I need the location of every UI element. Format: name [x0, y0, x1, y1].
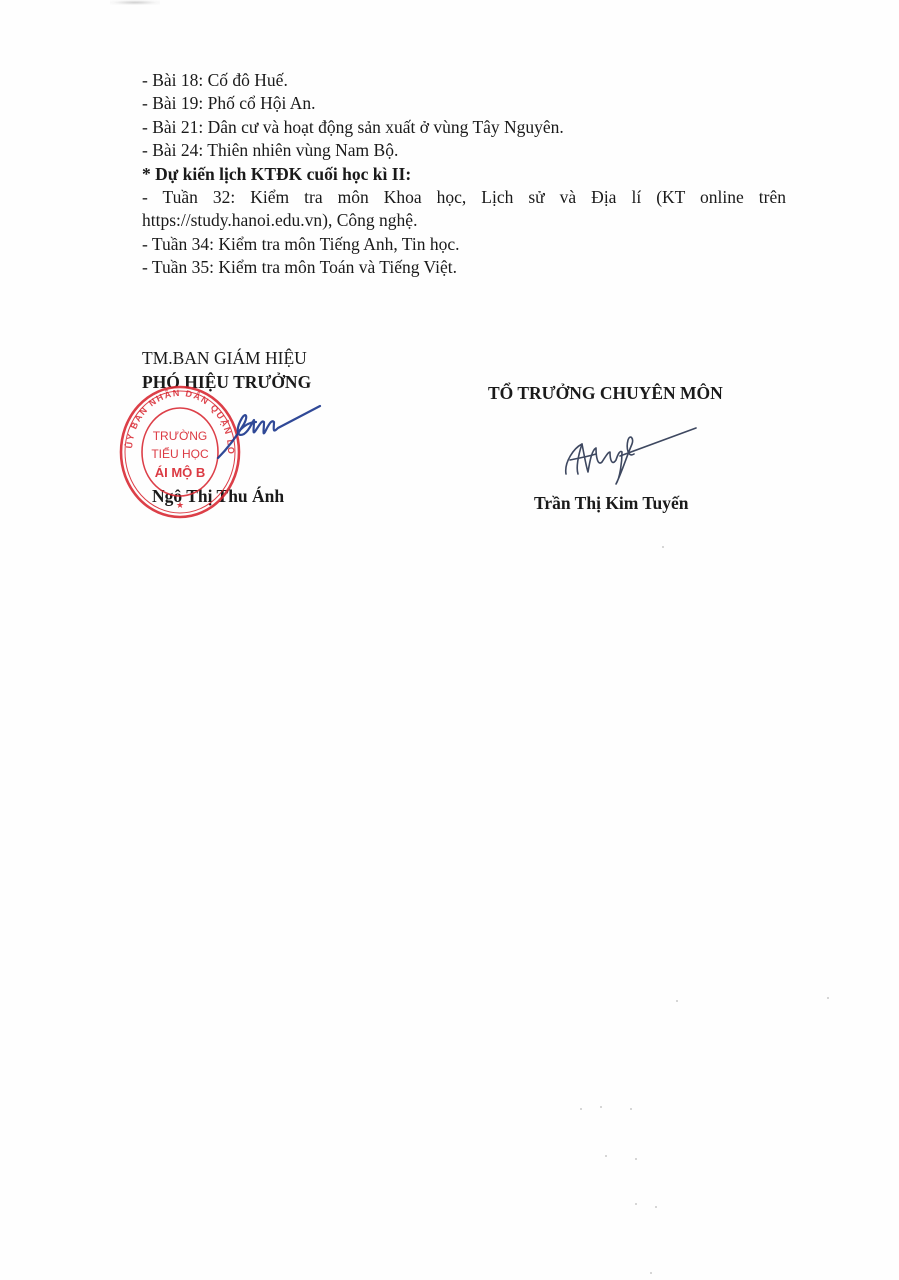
schedule-line: - Tuần 32: Kiểm tra môn Khoa học, Lịch s…	[142, 186, 786, 209]
signature-right-icon	[560, 418, 700, 488]
stamp-line: TIỂU HỌC	[151, 446, 209, 461]
scan-speck	[655, 1206, 657, 1208]
svg-text:★: ★	[176, 500, 184, 510]
document-page: - Bài 18: Cố đô Huế. - Bài 19: Phố cổ Hộ…	[0, 0, 899, 1280]
lesson-line: - Bài 21: Dân cư và hoạt động sản xuất ở…	[142, 116, 786, 139]
scan-speck	[650, 1272, 652, 1274]
signer-organization: TM.BAN GIÁM HIỆU	[142, 346, 382, 370]
scan-speck	[676, 1000, 678, 1002]
schedule-heading: * Dự kiến lịch KTĐK cuối học kì II:	[142, 163, 786, 186]
schedule-line: - Tuần 35: Kiểm tra môn Toán và Tiếng Vi…	[142, 256, 786, 279]
scan-speck	[635, 1158, 637, 1160]
lesson-line: - Bài 18: Cố đô Huế.	[142, 69, 786, 92]
stamp-line: ÁI MỘ B	[155, 465, 206, 480]
scan-speck	[600, 1106, 602, 1108]
scan-speck	[827, 997, 829, 999]
signature-left-icon	[210, 400, 330, 470]
scan-speck	[630, 1108, 632, 1110]
signer-name: Trần Thị Kim Tuyến	[534, 491, 688, 515]
scan-speck	[662, 546, 664, 548]
scan-speck	[580, 1108, 582, 1110]
signer-title: TỔ TRƯỞNG CHUYÊN MÔN	[488, 381, 768, 405]
scan-artifact	[110, 0, 160, 5]
stamp-line: TRƯỜNG	[153, 428, 208, 443]
schedule-line: https://study.hanoi.edu.vn), Công nghệ.	[142, 209, 786, 232]
schedule-line: - Tuần 34: Kiểm tra môn Tiếng Anh, Tin h…	[142, 233, 786, 256]
lesson-line: - Bài 24: Thiên nhiên vùng Nam Bộ.	[142, 139, 786, 162]
scan-speck	[635, 1203, 637, 1205]
signature-block-right: TỔ TRƯỞNG CHUYÊN MÔN Trần Thị Kim Tuyến	[488, 381, 768, 405]
document-body: - Bài 18: Cố đô Huế. - Bài 19: Phố cổ Hộ…	[142, 69, 786, 280]
lesson-line: - Bài 19: Phố cổ Hội An.	[142, 92, 786, 115]
scan-speck	[605, 1155, 607, 1157]
